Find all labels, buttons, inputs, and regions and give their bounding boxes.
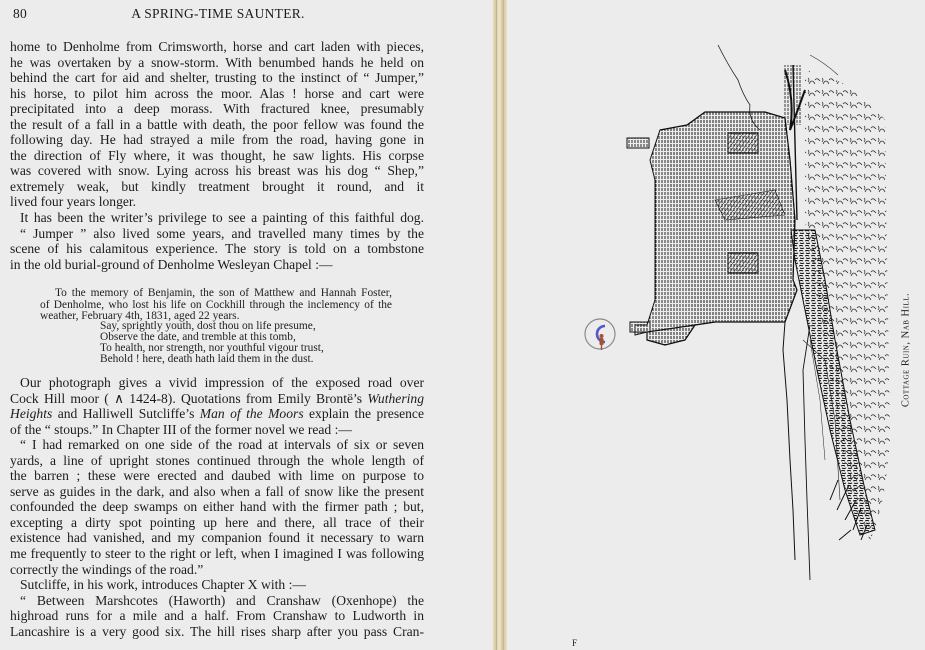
text-line: the barren ; these were erected and daub…: [10, 468, 424, 484]
text-fragment: and Halliwell Sutcliffe’s: [52, 406, 199, 421]
text-line: Our photograph gives a vivid impression …: [10, 375, 424, 391]
verse-line: Behold ! here, death hath laid them in t…: [100, 354, 324, 365]
running-head: 80 A SPRING-TIME SAUNTER.: [13, 6, 423, 22]
body-text-lower: Our photograph gives a vivid impression …: [10, 375, 424, 639]
text-line: me frequently to steer to the right or l…: [10, 546, 424, 562]
text-line: lived four years longer.: [10, 194, 424, 210]
book-title-wuthering: Wuthering: [367, 391, 424, 406]
text-fragment: explain the presence: [304, 406, 424, 421]
text-line: “ Between Marshcotes (Haworth) and Crans…: [10, 593, 424, 609]
text-line: It has been the writer’s privilege to se…: [10, 210, 424, 226]
quotation-wuthering-heights: “ I had remarked on one side of the road…: [10, 437, 424, 577]
caption-text: Cottage Ruin, Nab Hill.: [901, 293, 912, 407]
text-line: home to Denholme from Crimsworth, horse …: [10, 39, 424, 55]
text-line: Cock Hill moor ( ∧ 1424-8). Quotations f…: [10, 391, 424, 407]
running-head-title: A SPRING-TIME SAUNTER.: [13, 6, 423, 22]
epitaph-inscription: To the memory of Benjamin, the son of Ma…: [40, 288, 392, 323]
text-line: the result of a fall in a battle with de…: [10, 117, 424, 133]
text-line: the direction of Fly where, it was thoug…: [10, 148, 424, 164]
illustration-caption: Cottage Ruin, Nab Hill.: [896, 270, 916, 430]
paragraph-5: Sutcliffe, in his work, introduces Chapt…: [10, 577, 424, 593]
text-line: serve as guides in the dark, and also wh…: [10, 484, 424, 500]
text-line: he was overtaken by a snow-storm. With b…: [10, 55, 424, 71]
text-line: existence had vanished, and my companion…: [10, 530, 424, 546]
text-fragment: Cock Hill moor ( ∧ 1424-8). Quotations f…: [10, 391, 367, 406]
text-line: in the old burial-ground of Denholme Wes…: [10, 257, 424, 273]
text-line: precipitated into a deep morass. With fr…: [10, 101, 424, 117]
text-line: highroad runs for a mile and a half. Fro…: [10, 608, 424, 624]
text-line: his horse, to pilot him across the moor.…: [10, 86, 424, 102]
paragraph-1: home to Denholme from Crimsworth, horse …: [10, 39, 424, 210]
right-page: [507, 0, 925, 650]
text-line: following day. He had strayed a mile fro…: [10, 132, 424, 148]
epitaph-verse: Say, sprightly youth, dost thou on life …: [100, 321, 324, 365]
text-line: yards, a line of upright stones continue…: [10, 453, 424, 469]
text-line: confounded the deep swamps on either han…: [10, 499, 424, 515]
signature-mark: F: [572, 638, 577, 648]
text-line: Lancashire is a very good six. The hill …: [10, 624, 424, 640]
paragraph-4: Our photograph gives a vivid impression …: [10, 375, 424, 437]
paragraph-2: It has been the writer’s privilege to se…: [10, 210, 424, 226]
text-line: Sutcliffe, in his work, introduces Chapt…: [10, 577, 424, 593]
c-logo-with-figure-icon[interactable]: [583, 317, 617, 351]
cottage-ruin-illustration: [625, 40, 897, 620]
text-line: was covered with snow. Lying across his …: [10, 163, 424, 179]
left-page: 80 A SPRING-TIME SAUNTER. home to Denhol…: [0, 0, 493, 650]
book-spread: 80 A SPRING-TIME SAUNTER. home to Denhol…: [0, 0, 925, 650]
quotation-man-of-the-moors: “ Between Marshcotes (Haworth) and Crans…: [10, 593, 424, 640]
book-title-man-of-the-moors: Man of the Moors: [200, 406, 304, 421]
text-line: Heights and Halliwell Sutcliffe’s Man of…: [10, 406, 424, 422]
epitaph-line: To the memory of Benjamin, the son of Ma…: [40, 288, 392, 300]
paragraph-3: “ Jumper ” also lived some years, and tr…: [10, 226, 424, 273]
body-text-upper: home to Denholme from Crimsworth, horse …: [10, 39, 424, 272]
text-line: “ Jumper ” also lived some years, and tr…: [10, 226, 424, 242]
text-line: behind the cart for aid and shelter, tru…: [10, 70, 424, 86]
text-line: “ I had remarked on one side of the road…: [10, 437, 424, 453]
book-gutter: [493, 0, 507, 650]
text-line: of the “ stoups.” In Chapter III of the …: [10, 422, 424, 438]
text-line: correctly the windings of the road.”: [10, 562, 424, 578]
text-line: excepting a dirty spot pointing up here …: [10, 515, 424, 531]
book-title-heights: Heights: [10, 406, 52, 421]
text-line: scene of his calamitous experience. The …: [10, 241, 424, 257]
text-line: extremely weak, but kindly treatment bro…: [10, 179, 424, 195]
